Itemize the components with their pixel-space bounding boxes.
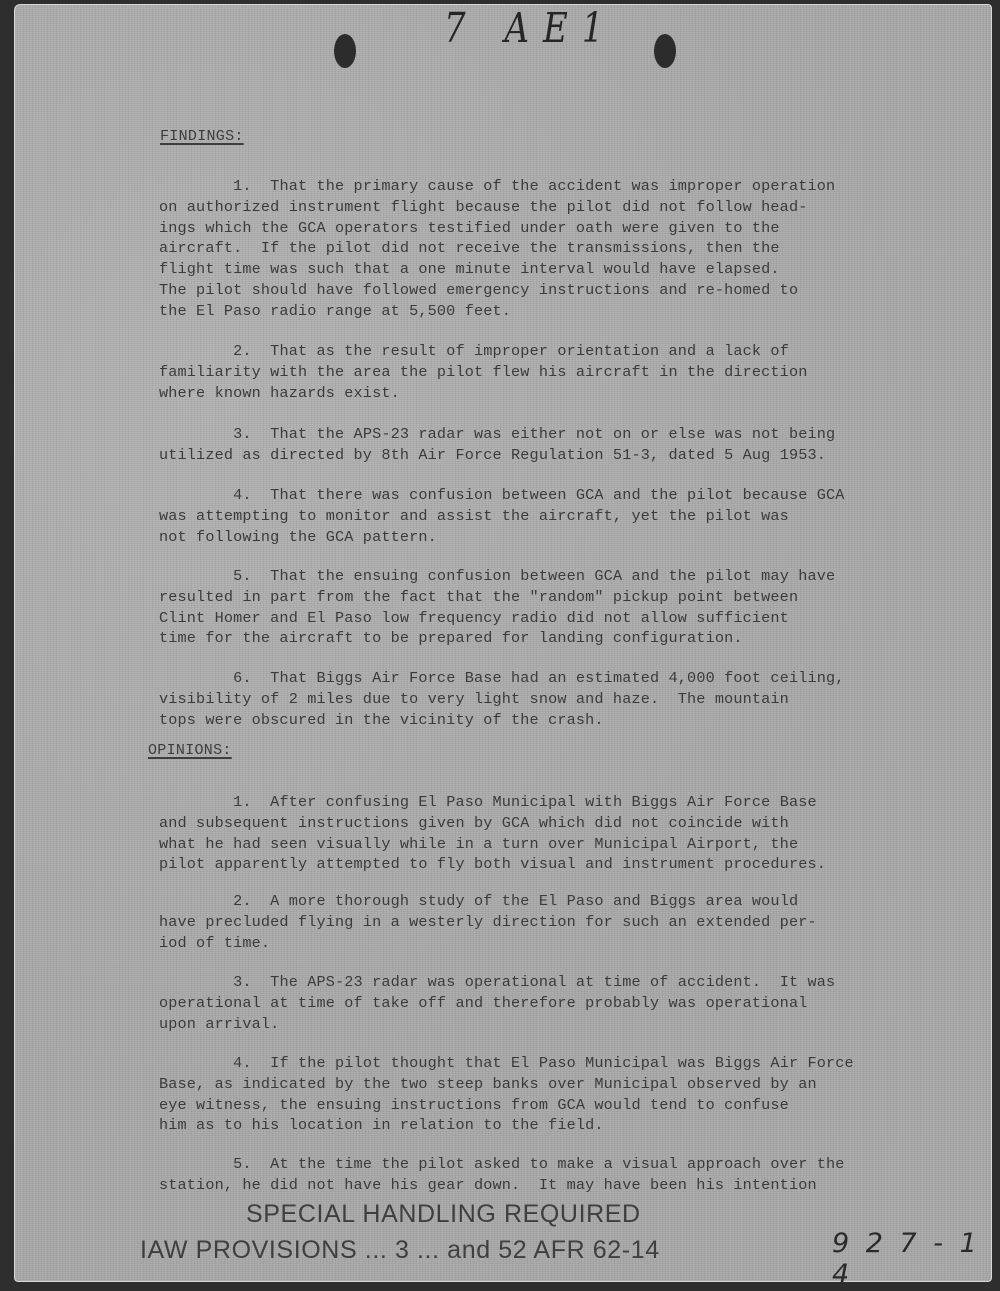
opinion-4: 4. If the pilot thought that El Paso Mun…	[159, 1053, 894, 1136]
finding-2: 2. That as the result of improper orient…	[159, 341, 894, 403]
finding-1: 1. That the primary cause of the acciden…	[159, 176, 894, 322]
finding-6: 6. That Biggs Air Force Base had an esti…	[159, 668, 894, 730]
finding-5: 5. That the ensuing confusion between GC…	[159, 566, 894, 649]
opinion-5: 5. At the time the pilot asked to make a…	[159, 1154, 894, 1196]
finding-4: 4. That there was confusion between GCA …	[159, 485, 894, 547]
handwritten-top-mark: 7 AE1	[444, 5, 617, 53]
punch-hole-icon	[654, 34, 676, 68]
opinion-1: 1. After confusing El Paso Municipal wit…	[159, 792, 894, 875]
handwritten-page-number: 9 2 7 - 1 4	[832, 1228, 992, 1290]
opinions-heading: OPINIONS:	[148, 742, 232, 759]
findings-heading: FINDINGS:	[160, 128, 244, 145]
opinion-2: 2. A more thorough study of the El Paso …	[159, 891, 894, 953]
opinion-3: 3. The APS-23 radar was operational at t…	[159, 972, 894, 1034]
special-handling-stamp-line1: SPECIAL HANDLING REQUIRED	[246, 1200, 641, 1229]
finding-3: 3. That the APS-23 radar was either not …	[159, 424, 894, 466]
document-page: 7 AE1 FINDINGS: 1. That the primary caus…	[14, 4, 992, 1282]
punch-hole-icon	[334, 34, 356, 68]
special-handling-stamp-line2: IAW PROVISIONS ... 3 ... and 52 AFR 62-1…	[140, 1236, 660, 1265]
